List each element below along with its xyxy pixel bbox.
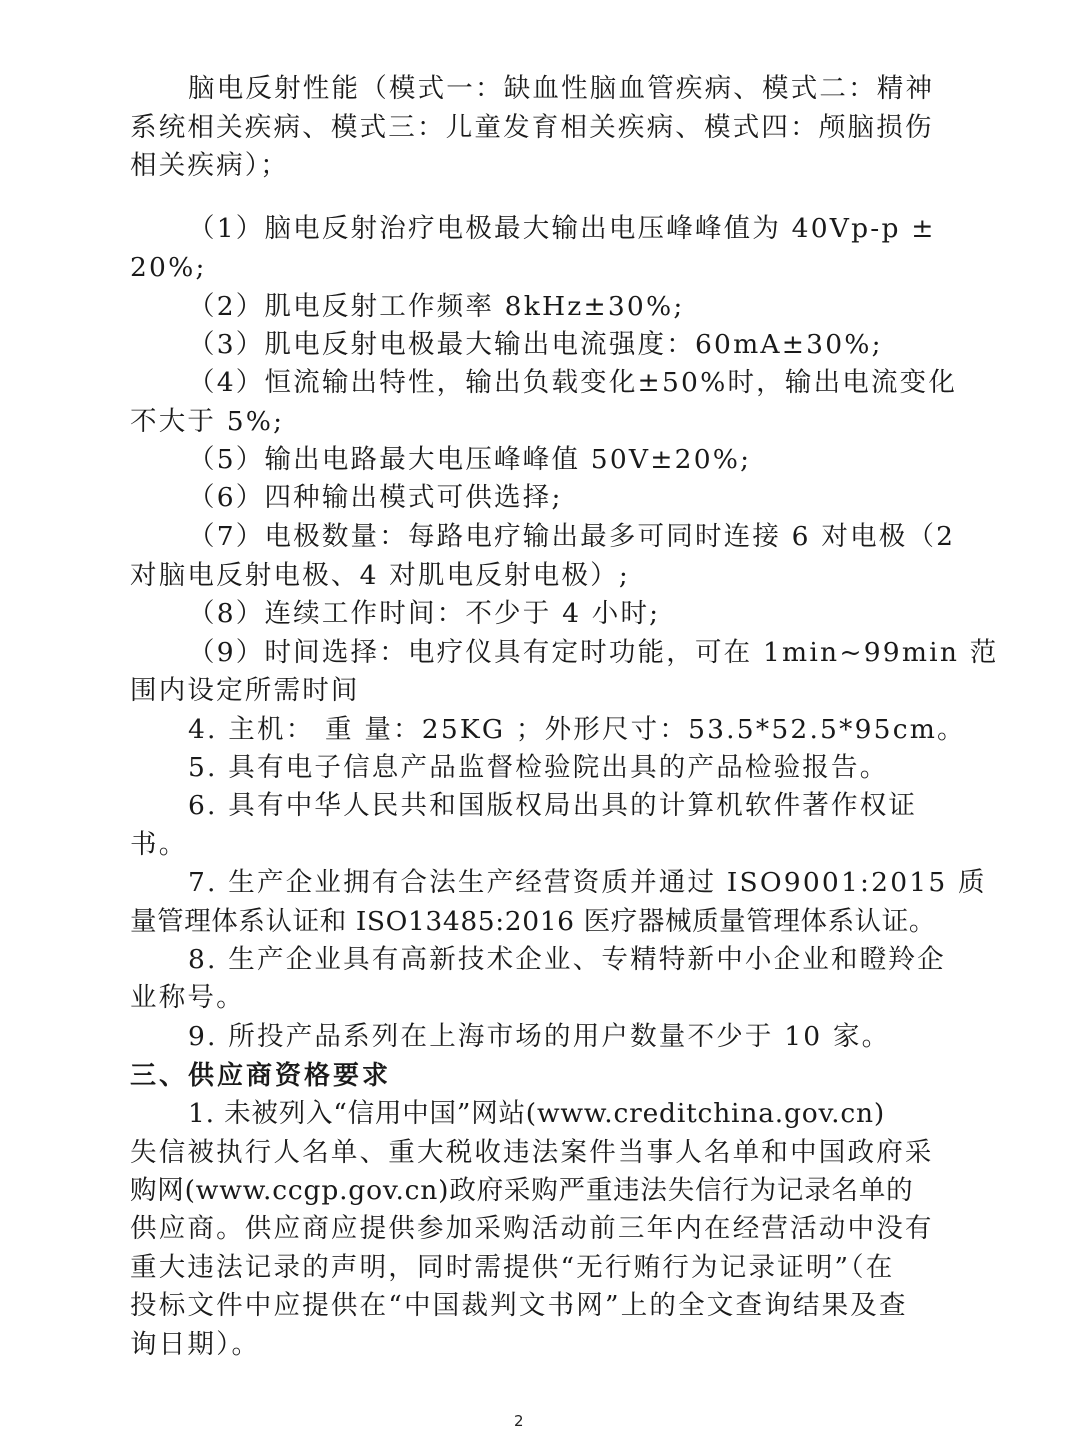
page-number: 2 bbox=[514, 1412, 524, 1430]
section3-paragraph-line: 供应商。供应商应提供参加采购活动前三年内在经营活动中没有 bbox=[130, 1210, 920, 1248]
item-7-line: 量管理体系认证和 ISO13485:2016 医疗器械质量管理体系认证。 bbox=[130, 903, 920, 941]
intro-line: 脑电反射性能（模式一：缺血性脑血管疾病、模式二：精神 bbox=[188, 70, 920, 108]
spec-2-line: （2）肌电反射工作频率 8kHz±30%; bbox=[188, 288, 920, 326]
item-6-line: 书。 bbox=[130, 826, 920, 864]
section3-paragraph-line: 投标文件中应提供在“中国裁判文书网”上的全文查询结果及查 bbox=[130, 1287, 920, 1325]
spec-8-line: （8）连续工作时间：不少于 4 小时; bbox=[188, 595, 920, 633]
spec-9-line: （9）时间选择：电疗仪具有定时功能，可在 1min~99min 范 bbox=[188, 634, 920, 672]
spec-1-line: 20%; bbox=[130, 249, 920, 287]
section3-paragraph-line: 询日期）。 bbox=[130, 1326, 920, 1364]
spec-9-line: 围内设定所需时间 bbox=[130, 672, 920, 710]
section3-paragraph-line: 失信被执行人名单、重大税收违法案件当事人名单和中国政府采 bbox=[130, 1134, 920, 1172]
item-5-line: 5. 具有电子信息产品监督检验院出具的产品检验报告。 bbox=[188, 749, 920, 787]
intro-line: 相关疾病）； bbox=[130, 147, 920, 185]
spec-7-line: （7）电极数量：每路电疗输出最多可同时连接 6 对电极（2 bbox=[188, 518, 920, 556]
spec-3-line: （3）肌电反射电极最大输出电流强度：60mA±30%; bbox=[188, 326, 920, 364]
item-8-line: 8. 生产企业具有高新技术企业、专精特新中小企业和瞪羚企 bbox=[188, 941, 920, 979]
section-heading: 三、供应商资格要求 bbox=[130, 1057, 920, 1095]
section3-paragraph-line: 重大违法记录的声明，同时需提供“无行贿行为记录证明”（在 bbox=[130, 1249, 920, 1287]
item-8-line: 业称号。 bbox=[130, 979, 920, 1017]
section3-paragraph-line: 购网(www.ccgp.gov.cn)政府采购严重违法失信行为记录名单的 bbox=[130, 1172, 920, 1210]
document-page: 脑电反射性能（模式一：缺血性脑血管疾病、模式二：精神 系统相关疾病、模式三：儿童… bbox=[0, 0, 1080, 1453]
spec-5-line: （5）输出电路最大电压峰峰值 50V±20%; bbox=[188, 441, 920, 479]
section3-paragraph-line: 1. 未被列入“信用中国”网站(www.creditchina.gov.cn) bbox=[188, 1095, 920, 1133]
spec-1-line: （1）脑电反射治疗电极最大输出电压峰峰值为 40Vp-p ± bbox=[188, 210, 920, 248]
spec-4-line: 不大于 5%; bbox=[130, 403, 920, 441]
spec-6-line: （6）四种输出模式可供选择; bbox=[188, 479, 920, 517]
item-4-line: 4. 主机： 重 量：25KG ；外形尺寸：53.5*52.5*95cm。 bbox=[188, 711, 920, 749]
item-9-line: 9. 所投产品系列在上海市场的用户数量不少于 10 家。 bbox=[188, 1018, 920, 1056]
item-6-line: 6. 具有中华人民共和国版权局出具的计算机软件著作权证 bbox=[188, 787, 920, 825]
spec-7-line: 对脑电反射电极、4 对肌电反射电极）; bbox=[130, 557, 920, 595]
item-7-line: 7. 生产企业拥有合法生产经营资质并通过 ISO9001:2015 质 bbox=[188, 864, 920, 902]
intro-line: 系统相关疾病、模式三：儿童发育相关疾病、模式四：颅脑损伤 bbox=[130, 109, 920, 147]
spec-4-line: （4）恒流输出特性，输出负载变化±50%时，输出电流变化 bbox=[188, 364, 920, 402]
